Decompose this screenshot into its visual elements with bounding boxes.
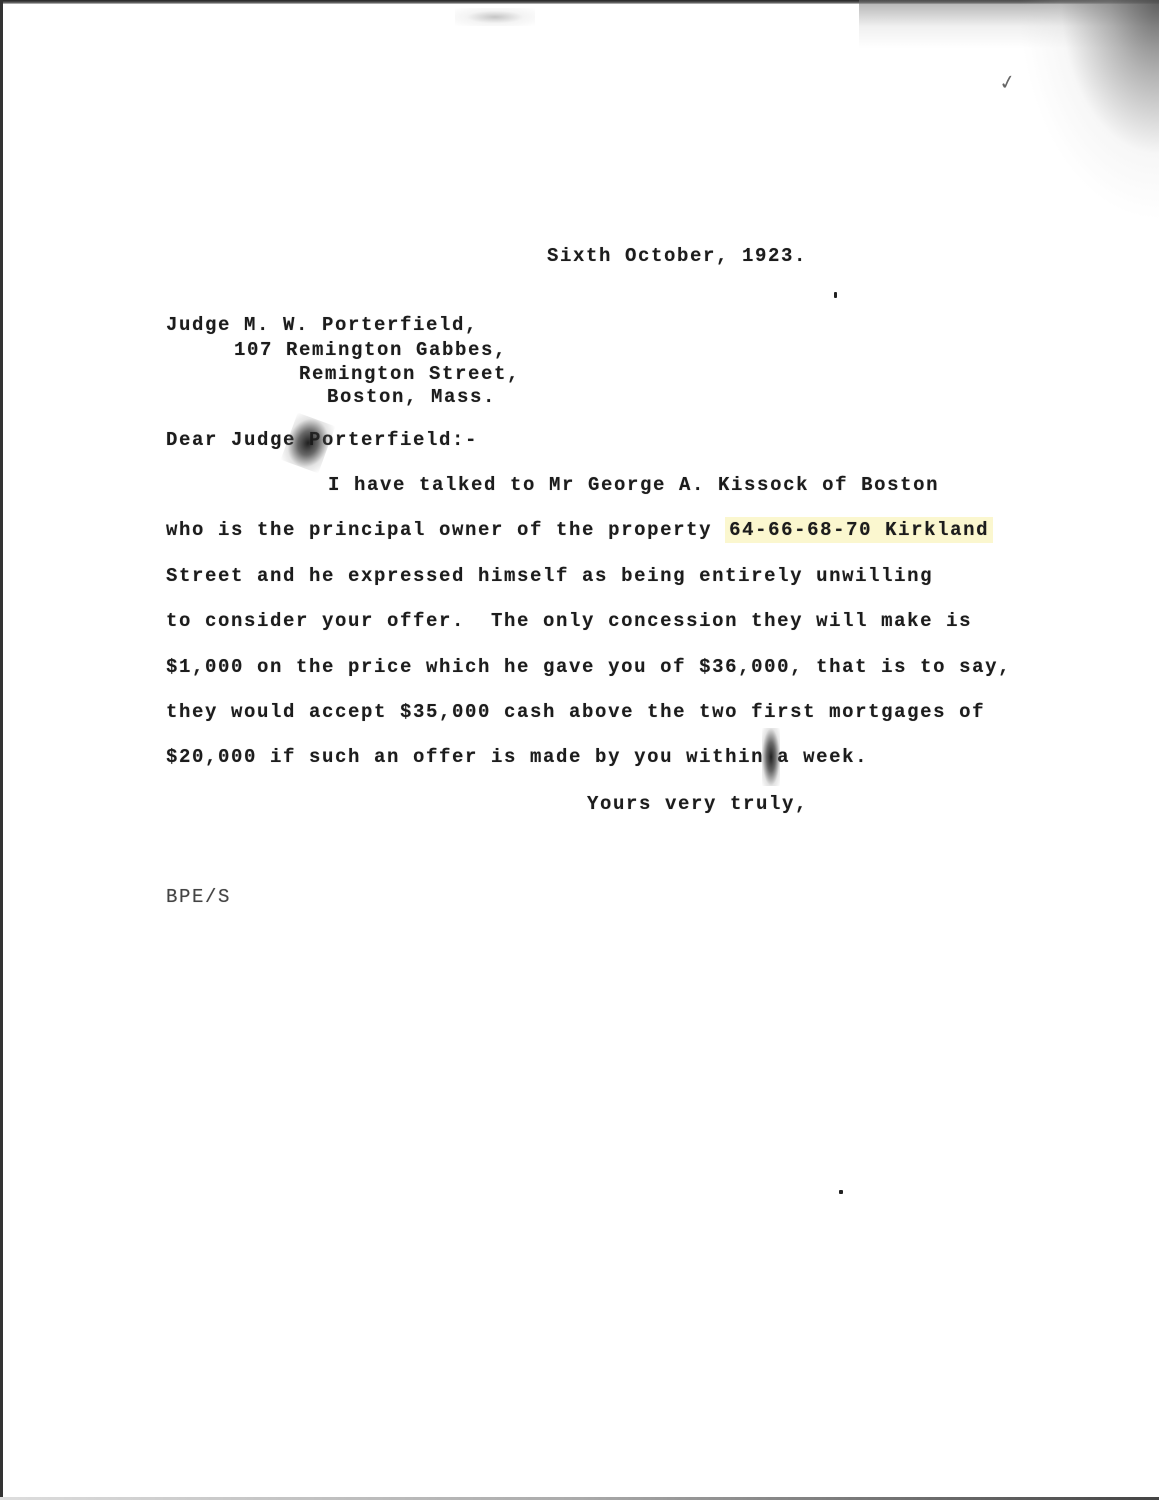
body-line-5: $1,000 on the price which he gave you of… [166,655,1011,679]
check-mark-icon: ✓ [997,69,1018,96]
body-line-6: they would accept $35,000 cash above the… [166,700,985,724]
recipient-address-line1: 107 Remington Gabbes, [234,338,507,362]
ink-dot [834,292,837,298]
body-line-2-text: who is the principal owner of the proper… [166,519,725,541]
scan-border-left [0,0,3,1500]
paper-smudge [455,8,535,26]
body-line-3: Street and he expressed himself as being… [166,564,933,588]
body-line-1: I have talked to Mr George A. Kissock of… [328,473,939,497]
recipient-address-line2: Remington Street, [299,362,520,386]
scan-shadow-corner [859,0,1159,220]
body-line-4: to consider your offer. The only concess… [166,609,972,633]
typist-initials: BPE/S [166,885,231,909]
recipient-address-line3: Boston, Mass. [327,385,496,409]
letter-date: Sixth October, 1923. [547,244,807,268]
ink-blot [281,413,336,474]
ink-dot [839,1190,843,1194]
recipient-name: Judge M. W. Porterfield, [166,313,478,337]
highlighted-address: 64-66-68-70 Kirkland [725,517,993,543]
scan-border-top [0,0,1159,4]
ink-blot [762,728,780,786]
closing: Yours very truly, [587,792,808,816]
body-line-2: who is the principal owner of the proper… [166,518,993,542]
